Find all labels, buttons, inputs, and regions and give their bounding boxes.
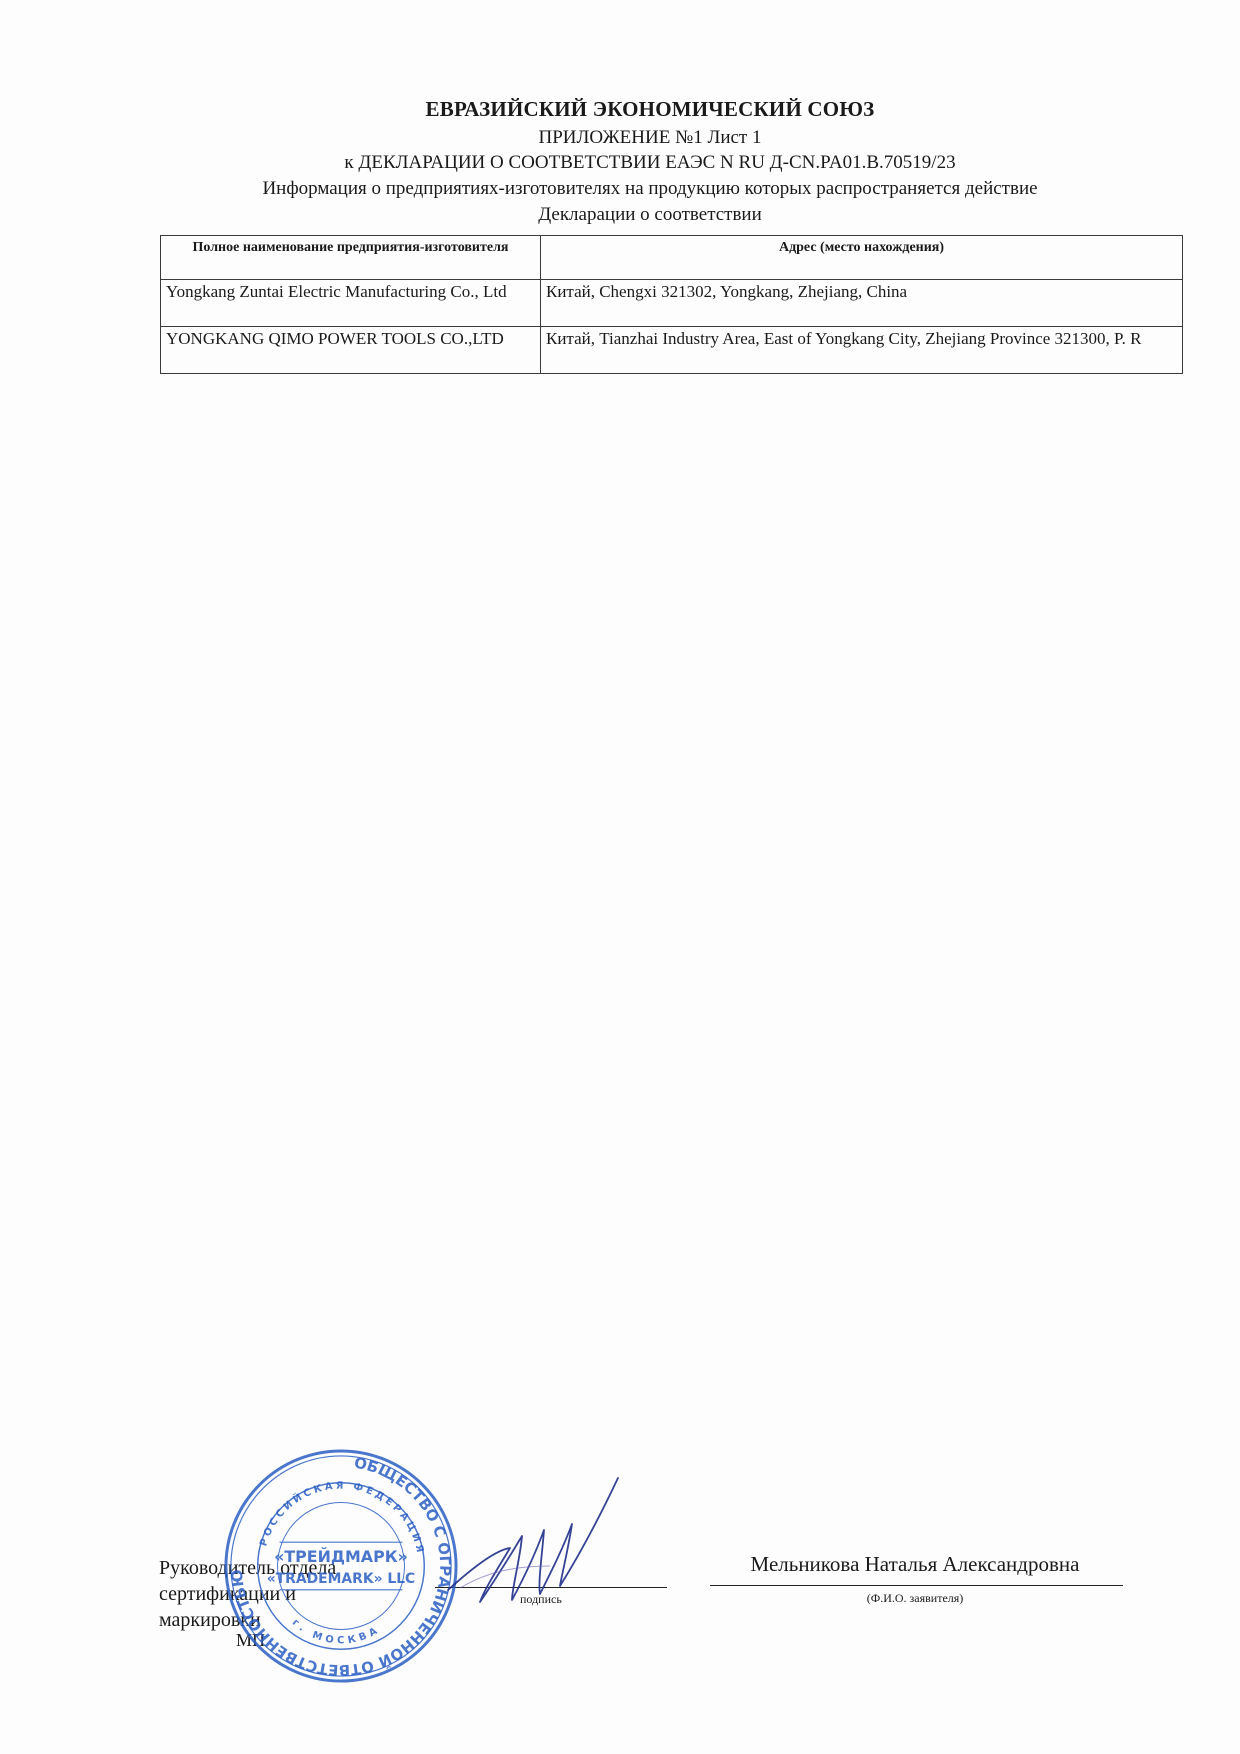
- signer-name: Мельникова Наталья Александровна: [705, 1552, 1125, 1577]
- signer-name-caption: (Ф.И.О. заявителя): [705, 1591, 1125, 1606]
- signer-name-line: [710, 1585, 1123, 1586]
- manufacturer-name: Yongkang Zuntai Electric Manufacturing C…: [161, 280, 541, 327]
- svg-text:«ТРЕЙДМАРК»: «ТРЕЙДМАРК»: [274, 1547, 408, 1566]
- table-header-row: Полное наименование предприятия-изготови…: [161, 236, 1183, 280]
- table-row: Yongkang Zuntai Electric Manufacturing C…: [161, 280, 1183, 327]
- manufacturer-address: Китай, Tianzhai Industry Area, East of Y…: [541, 327, 1183, 374]
- column-header-address: Адрес (место нахождения): [541, 236, 1183, 280]
- svg-text:«TRADEMARK» LLC: «TRADEMARK» LLC: [267, 1571, 416, 1587]
- table-row: YONGKANG QIMO POWER TOOLS CO.,LTD Китай,…: [161, 327, 1183, 374]
- handwritten-signature-icon: [440, 1470, 630, 1630]
- declaration-number: к ДЕКЛАРАЦИИ О СООТВЕТСТВИИ ЕАЭС N RU Д-…: [150, 152, 1150, 174]
- union-title: ЕВРАЗИЙСКИЙ ЭКОНОМИЧЕСКИЙ СОЮЗ: [150, 97, 1150, 122]
- manufacturers-table: Полное наименование предприятия-изготови…: [160, 235, 1183, 374]
- info-line-2: Декларации о соответствии: [150, 204, 1150, 226]
- info-line-1: Информация о предприятиях-изготовителях …: [130, 178, 1170, 200]
- company-stamp-icon: ОБЩЕСТВО С ОГРАНИЧЕННОЙ ОТВЕТСТВЕННОСТЬЮ…: [222, 1447, 460, 1685]
- column-header-name: Полное наименование предприятия-изготови…: [161, 236, 541, 280]
- manufacturer-name: YONGKANG QIMO POWER TOOLS CO.,LTD: [161, 327, 541, 374]
- manufacturer-address: Китай, Chengxi 321302, Yongkang, Zhejian…: [541, 280, 1183, 327]
- appendix-title: ПРИЛОЖЕНИЕ №1 Лист 1: [150, 127, 1150, 149]
- svg-text:г. МОСКВА: г. МОСКВА: [290, 1617, 383, 1646]
- document-page: ЕВРАЗИЙСКИЙ ЭКОНОМИЧЕСКИЙ СОЮЗ ПРИЛОЖЕНИ…: [0, 0, 1240, 1754]
